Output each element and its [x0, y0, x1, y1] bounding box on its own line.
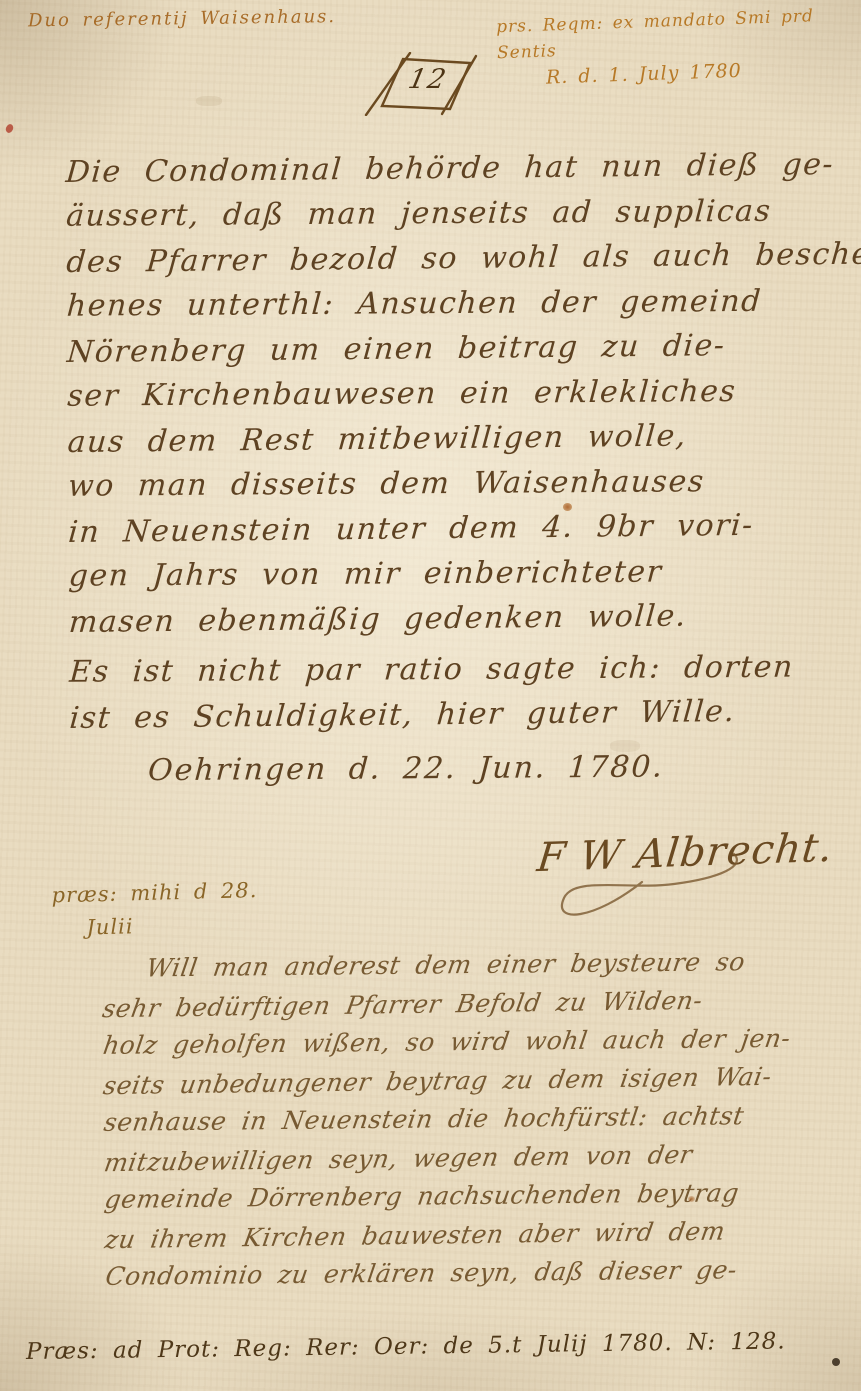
faint-stain: [196, 96, 222, 106]
body-line: äussert, daß man jenseits ad supplicas: [65, 188, 840, 238]
rust-stain: [563, 503, 572, 511]
response-paragraph: Will man anderest dem einer beysteure so…: [102, 942, 850, 1296]
registry-note-top-right: prs. Reqm: ex mandato Smi prd Sentis R. …: [496, 2, 859, 93]
signature-flourish-icon: [524, 820, 824, 940]
body-line: wo man disseits dem Waisenhauses: [67, 458, 842, 508]
body-line: ser Kirchenbauwesen ein erklekliches: [66, 368, 841, 418]
folio-number: 12: [405, 64, 452, 95]
archival-note-top-left: Duo referentij Waisenhaus.: [28, 6, 368, 32]
body-line: Nörenberg um einen beitrag zu die-: [65, 322, 841, 375]
ink-blot: [832, 1358, 840, 1366]
body-line: ist es Schuldigkeit, hier guter Wille.: [68, 688, 844, 741]
faint-stain: [610, 740, 640, 752]
body-line: henes unterthl: Ansuchen der gemeind: [65, 278, 840, 328]
red-mark: [4, 123, 14, 134]
folio-number-badge: 12: [362, 52, 492, 116]
signature-block: F W Albrecht.: [524, 820, 824, 940]
rust-stain: [688, 1196, 695, 1202]
body-line: des Pfarrer bezold so wohl als auch besc…: [65, 232, 841, 285]
body-line: aus dem Rest mitbewilligen wolle,: [66, 412, 842, 465]
body-line: Es ist nicht par ratio sagte ich: dorten: [68, 644, 843, 694]
response-line: Condominio zu erklären seyn, daß dieser …: [103, 1250, 853, 1296]
presentation-note: præs: mihi d 28. Julii: [51, 873, 313, 946]
body-line: masen ebenmäßig gedenken wolle.: [67, 592, 843, 645]
body-line: gen Jahrs von mir einberichteter: [67, 548, 842, 598]
manuscript-page: Duo referentij Waisenhaus. prs. Reqm: ex…: [0, 0, 861, 1391]
dateline: Oehringen d. 22. Jun. 1780.: [69, 748, 843, 788]
letter-body: Die Condominal behörde hat nun dieß ge- …: [66, 143, 842, 788]
presentation-note-line2: Julii: [52, 906, 313, 946]
body-line: Die Condominal behörde hat nun dieß ge-: [64, 142, 840, 195]
body-line: in Neuenstein unter dem 4. 9br vori-: [67, 502, 843, 555]
protocol-note-bottom: Præs: ad Prot: Reg: Rer: Oer: de 5.t Jul…: [26, 1329, 746, 1365]
